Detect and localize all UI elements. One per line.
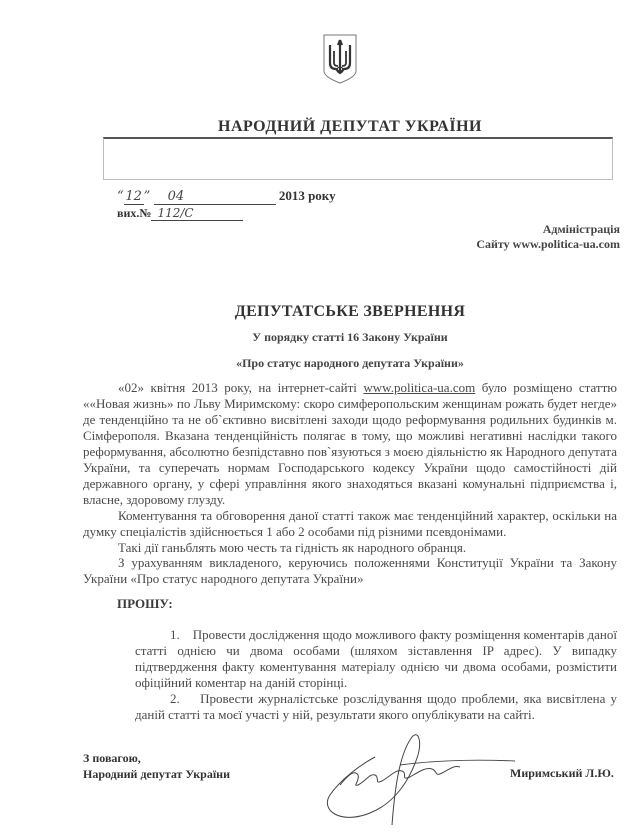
body-basis-paragraph: З урахуванням викладеного, керуючись пол… <box>83 555 617 587</box>
closing: З повагою, Народний депутат України <box>83 750 230 782</box>
site-link[interactable]: www.politica-ua.com <box>363 380 475 395</box>
addressee-line2: Сайту www.politica-ua.com <box>476 237 620 252</box>
request-label: ПРОШУ: <box>117 596 173 612</box>
reference-line: вих.№112/С <box>117 206 243 221</box>
handwritten-signature-icon <box>300 725 530 830</box>
document-subtitle-law-name: «Про статус народного депутата України» <box>0 356 640 371</box>
addressee: Адміністрація Сайту www.politica-ua.com <box>476 222 620 252</box>
date-month: 04 <box>154 189 276 205</box>
reference-label: вих.№ <box>117 206 151 220</box>
coat-of-arms-icon <box>322 33 358 85</box>
body-comments-paragraph: Коментування та обговорення даної статті… <box>83 508 617 556</box>
document-subtitle-law-article: У порядку статті 16 Закону України <box>0 330 640 345</box>
document-title: ДЕПУТАТСЬКЕ ЗВЕРНЕННЯ <box>0 303 640 321</box>
date-line: “12” 04 2013 року <box>117 188 336 205</box>
body-honor-paragraph: Такі дії ганьблять мою честь та гідність… <box>83 540 617 556</box>
signer-name: Миримський Л.Ю. <box>510 766 614 781</box>
request-item-2: 2. Провести журналістське розслідування … <box>135 691 617 723</box>
request-item-1: 1. Провести дослідження щодо можливого ф… <box>135 627 617 691</box>
closing-regards: З повагою, <box>83 750 230 766</box>
body-main-paragraph: «02» квітня 2013 року, на інтернет-сайті… <box>83 380 617 508</box>
letterhead-box <box>103 137 613 180</box>
closing-position: Народний депутат України <box>83 766 230 782</box>
request-list: 1. Провести дослідження щодо можливого ф… <box>135 627 617 723</box>
date-day: “12” <box>117 189 150 204</box>
date-year: 2013 року <box>279 188 336 203</box>
reference-number: 112/С <box>151 206 243 221</box>
addressee-line1: Адміністрація <box>476 222 620 237</box>
letterhead-title: НАРОДНИЙ ДЕПУТАТ УКРАЇНИ <box>0 118 640 136</box>
